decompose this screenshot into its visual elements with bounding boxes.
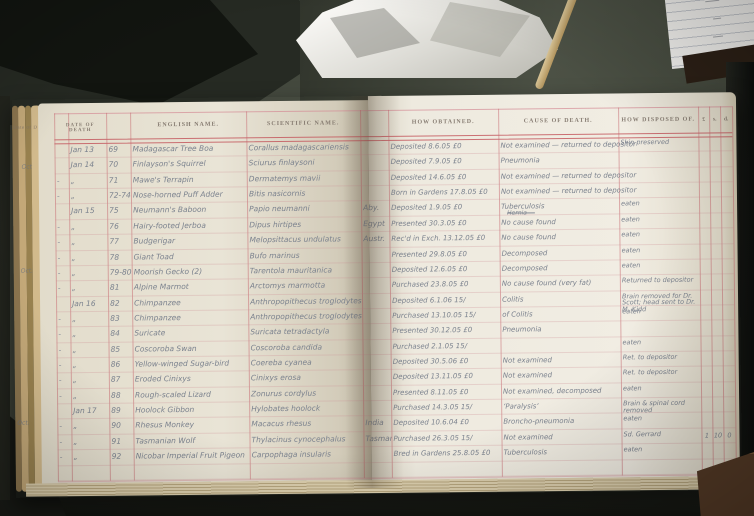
- ditto-mark: -: [56, 312, 70, 327]
- death-date: „: [70, 312, 108, 327]
- how-disposed-of: eaten: [619, 213, 699, 228]
- shillings-value: [711, 275, 722, 289]
- cause-of-death: Not examined: [501, 429, 621, 445]
- underlying-page-header-fragment: Date of D: [13, 126, 39, 131]
- english-name: Tasmanian Wolf: [133, 433, 249, 449]
- column-header-pounds: £: [698, 117, 709, 123]
- specimen-number: 92: [110, 450, 134, 465]
- how-disposed-of: [620, 321, 700, 336]
- pence-value: [721, 182, 733, 196]
- pounds-value: [699, 229, 710, 243]
- death-date: [72, 465, 110, 480]
- how-disposed-of: [619, 152, 699, 167]
- english-name: Alpine Marmot: [132, 280, 248, 296]
- specimen-number: 72-74: [107, 189, 131, 204]
- english-name: Nicobar Imperial Fruit Pigeon: [134, 449, 250, 465]
- ditto-mark: -: [57, 374, 71, 389]
- ditto-mark: [54, 143, 68, 158]
- cause-text: No cause found (very fat): [502, 279, 592, 288]
- how-disposed-of: eaten: [621, 413, 701, 428]
- english-name: Budgerigar: [131, 234, 247, 250]
- column-header-date-of-death: DATE OF DEATH: [54, 123, 106, 134]
- specimen-number: 75: [107, 204, 131, 219]
- shillings-value: 10: [712, 428, 723, 442]
- ditto-mark: [55, 159, 69, 174]
- margin-note-oct: Oct.: [21, 268, 33, 275]
- pounds-value: [702, 444, 713, 458]
- pence-value: [724, 443, 736, 457]
- how-obtained: Bred in Gardens 25.8.05 £0: [392, 446, 502, 462]
- death-date: „: [69, 220, 107, 235]
- specimen-number: 82: [108, 296, 132, 311]
- cause-text: Not examined: [503, 372, 552, 381]
- shadow-left-edge: [0, 96, 10, 500]
- pencil-mark: [713, 18, 721, 20]
- death-date: „: [71, 435, 109, 450]
- right-page-rows: Deposited 8.6.05 £0 Not examined — retur…: [388, 136, 736, 477]
- death-date: Jan 16: [70, 296, 108, 311]
- pence-value: [722, 305, 734, 319]
- english-name: Neumann's Baboon: [131, 203, 247, 219]
- shillings-value: [709, 136, 720, 150]
- cause-text: Decomposed: [502, 264, 548, 272]
- death-date: „: [71, 373, 109, 388]
- english-name: Suricate: [132, 326, 248, 342]
- how-obtained: Deposited 8.6.05 £0: [388, 139, 498, 155]
- specimen-number: 90: [109, 419, 133, 434]
- how-disposed-of: Returned to depositor: [620, 275, 700, 290]
- ledger-book: DATE OF DEATH ENGLISH NAME. SCIENTIFIC N…: [12, 92, 742, 498]
- column-header-cause-of-death: CAUSE OF DEATH.: [498, 117, 618, 124]
- specimen-number: 70: [107, 158, 131, 173]
- how-disposed-of: eaten: [619, 198, 699, 213]
- cause-of-death: Pneumonia: [499, 153, 619, 169]
- how-obtained: Purchased 23.8.05 £0: [390, 277, 500, 293]
- ditto-mark: -: [55, 174, 69, 189]
- how-obtained: Presented 30.12.05 £0: [390, 323, 500, 339]
- english-name: Eroded Cinixys: [133, 372, 249, 388]
- cause-of-death: ‘Paralysis’: [501, 399, 621, 415]
- pence-value: [722, 336, 734, 350]
- how-disposed-of: Brain & spinal cord removed: [621, 398, 701, 413]
- how-obtained: Deposited 7.9.05 £0: [389, 154, 499, 170]
- pence-value: [721, 167, 733, 181]
- specimen-number: 84: [108, 327, 132, 342]
- pence-value: [723, 367, 735, 381]
- pounds-value: [700, 305, 711, 319]
- ditto-mark: -: [55, 235, 69, 250]
- pence-value: [723, 397, 735, 411]
- specimen-number: [110, 465, 134, 480]
- shillings-value: [711, 336, 722, 350]
- ditto-mark: [58, 466, 72, 481]
- shillings-value: [711, 321, 722, 335]
- cause-of-death: Not examined: [501, 368, 621, 384]
- how-disposed-of: eaten: [619, 229, 699, 244]
- cause-of-death: Tuberculosis: [502, 445, 622, 461]
- column-header-english-name: ENGLISH NAME.: [130, 121, 246, 128]
- cause-text: Not examined, decomposed: [503, 386, 602, 395]
- column-header-shillings: s.: [709, 116, 720, 122]
- ditto-mark: -: [56, 328, 70, 343]
- ditto-mark: -: [55, 220, 69, 235]
- specimen-number: 79-80: [108, 265, 132, 280]
- ditto-mark: -: [55, 189, 69, 204]
- cause-of-death: Pneumonia: [500, 322, 620, 338]
- how-obtained: Deposited 13.11.05 £0: [391, 369, 501, 385]
- pence-value: [721, 244, 733, 258]
- death-date: Jan 13: [68, 143, 106, 158]
- specimen-number: 78: [108, 250, 132, 265]
- pounds-value: [700, 290, 711, 304]
- english-name: Chimpanzee: [132, 295, 248, 311]
- shillings-value: [711, 290, 722, 304]
- how-obtained: Purchased 26.3.05 15/: [391, 431, 501, 447]
- crumpled-paper: [296, 0, 558, 78]
- how-obtained: Presented 30.3.05 £0: [389, 216, 499, 232]
- specimen-number: 76: [107, 219, 131, 234]
- ditto-mark: [56, 297, 70, 312]
- specimen-number: 71: [107, 173, 131, 188]
- pence-value: [723, 413, 735, 427]
- cause-text: Tuberculosis: [504, 448, 547, 456]
- ditto-mark: -: [57, 358, 71, 373]
- how-obtained: Born in Gardens 17.8.05 £0: [389, 185, 499, 201]
- how-disposed-of: eaten: [620, 306, 700, 321]
- how-disposed-of: Ret. to depositor: [621, 352, 701, 367]
- ditto-mark: [55, 205, 69, 220]
- death-date: „: [71, 419, 109, 434]
- how-obtained: Presented 29.8.05 £0: [390, 246, 500, 262]
- cause-of-death: [502, 460, 622, 476]
- shillings-value: [710, 213, 721, 227]
- cause-of-death: No cause found: [499, 230, 619, 246]
- specimen-number: 87: [109, 373, 133, 388]
- specimen-number: 91: [109, 434, 133, 449]
- specimen-number: 85: [108, 342, 132, 357]
- shillings-value: [710, 244, 721, 258]
- left-page-rows: Jan 13 69 Madagascar Tree Boa Corallus m…: [54, 140, 392, 481]
- how-disposed-of: Sd. Gerrard: [621, 428, 701, 443]
- specimen-number: 86: [109, 358, 133, 373]
- shillings-value: [710, 152, 721, 166]
- specimen-number: 88: [109, 388, 133, 403]
- how-obtained: Deposited 10.6.04 £0: [391, 415, 501, 431]
- death-date: „: [69, 235, 107, 250]
- specimen-number: 69: [106, 143, 130, 158]
- pence-value: [722, 290, 734, 304]
- death-date: „: [70, 342, 108, 357]
- cause-of-death: No cause found: [499, 214, 619, 230]
- pounds-value: [700, 259, 711, 273]
- pence-value: [722, 321, 734, 335]
- english-name: Madagascar Tree Boa: [130, 141, 246, 157]
- how-disposed-of: eaten: [620, 259, 700, 274]
- shillings-value: [712, 397, 723, 411]
- how-obtained: Presented 8.11.05 £0: [391, 384, 501, 400]
- how-obtained: Deposited 14.6.05 £0: [389, 169, 499, 185]
- cause-text: Broncho-pneumonia: [503, 417, 574, 426]
- photo-scene: DATE OF DEATH ENGLISH NAME. SCIENTIFIC N…: [0, 0, 754, 516]
- how-disposed-of: [622, 459, 702, 474]
- ditto-mark: -: [56, 343, 70, 358]
- margin-note-oct: Oct.: [17, 420, 29, 427]
- death-date: „: [70, 281, 108, 296]
- english-name: Rough-scaled Lizard: [133, 387, 249, 403]
- cause-of-death: TuberculosisHernia —: [499, 199, 619, 215]
- ditto-mark: -: [56, 251, 70, 266]
- cause-text: Decomposed: [502, 249, 548, 257]
- pence-value: [721, 228, 733, 242]
- pence-value: 0: [723, 428, 735, 442]
- shillings-value: [710, 167, 721, 181]
- death-date: „: [71, 358, 109, 373]
- english-name: Coscoroba Swan: [132, 341, 248, 357]
- cause-text: Not examined — returned to depositor: [500, 140, 636, 149]
- cause-text: Not examined: [503, 356, 552, 365]
- cause-of-death: Colitis: [500, 291, 620, 307]
- cause-text: ‘Paralysis’: [503, 402, 539, 410]
- pounds-value: 1: [701, 428, 712, 442]
- english-name: Rhesus Monkey: [133, 418, 249, 434]
- pence-value: [722, 274, 734, 288]
- pounds-value: [701, 352, 712, 366]
- ditto-mark: -: [56, 266, 70, 281]
- cause-of-death: No cause found (very fat): [500, 276, 620, 292]
- pence-value: [721, 198, 733, 212]
- column-header-pence: d.: [720, 116, 732, 122]
- cause-of-death: Not examined — returned to depositor: [499, 168, 619, 184]
- cause-text: Not examined — returned to depositor: [501, 171, 637, 180]
- pence-value: [721, 213, 733, 227]
- english-name: Hairy-footed Jerboa: [131, 218, 247, 234]
- how-disposed-of: Ret. to depositor: [621, 367, 701, 382]
- how-disposed-of: eaten: [620, 336, 700, 351]
- ditto-mark: -: [57, 389, 71, 404]
- pencil-mark: [705, 0, 719, 2]
- cause-of-death: Decomposed: [499, 245, 619, 261]
- cause-text: Pneumonia: [502, 326, 541, 334]
- pounds-value: [701, 398, 712, 412]
- cause-text: Pneumonia: [501, 157, 540, 165]
- death-date: „: [70, 327, 108, 342]
- ditto-mark: -: [56, 281, 70, 296]
- shillings-value: [711, 259, 722, 273]
- shillings-value: [710, 229, 721, 243]
- how-obtained: Purchased 2.1.05 15/: [390, 338, 500, 354]
- cause-of-death: Not examined: [501, 352, 621, 368]
- english-name: Yellow-winged Sugar-bird: [133, 356, 249, 372]
- shillings-value: [711, 305, 722, 319]
- specimen-number: 89: [109, 404, 133, 419]
- english-name: Chimpanzee: [132, 310, 248, 326]
- ditto-mark: -: [57, 435, 71, 450]
- specimen-number: 81: [108, 281, 132, 296]
- cause-text: No cause found: [501, 233, 556, 242]
- shillings-value: [713, 444, 724, 458]
- pounds-value: [699, 152, 710, 166]
- death-date: Jan 17: [71, 404, 109, 419]
- pounds-value: [701, 367, 712, 381]
- english-name: Nose-horned Puff Adder: [131, 187, 247, 203]
- pence-value: [723, 382, 735, 396]
- pounds-value: [698, 137, 709, 151]
- death-date: „: [69, 174, 107, 189]
- pounds-value: [699, 198, 710, 212]
- pence-value: [721, 152, 733, 166]
- how-obtained: Rec'd in Exch. 13.12.05 £0: [389, 231, 499, 247]
- death-date: „: [71, 389, 109, 404]
- shillings-value: [710, 182, 721, 196]
- death-date: Jan 14: [69, 158, 107, 173]
- cause-text: No cause found: [501, 218, 556, 227]
- death-date: „: [72, 450, 110, 465]
- specimen-number: 83: [108, 312, 132, 327]
- how-obtained: Deposited 30.5.06 £0: [391, 354, 501, 370]
- english-name: [134, 464, 250, 480]
- how-obtained: Purchased 13.10.05 15/: [390, 308, 500, 324]
- pence-value: [723, 351, 735, 365]
- pence-value: [720, 136, 732, 150]
- book-gutter: [342, 96, 404, 489]
- shillings-value: [712, 367, 723, 381]
- cause-text: Not examined — returned to depositor: [501, 186, 637, 195]
- cause-of-death: Decomposed: [500, 260, 620, 276]
- pounds-value: [699, 167, 710, 181]
- pounds-value: [700, 321, 711, 335]
- shillings-value: [712, 413, 723, 427]
- death-date: „: [69, 189, 107, 204]
- cause-of-death: [500, 337, 620, 353]
- cause-text: Colitis: [502, 295, 523, 303]
- how-disposed-of: Brain removed for Dr. Scott; head sent t…: [620, 290, 700, 305]
- cause-of-death: Broncho-pneumonia: [501, 414, 621, 430]
- pounds-value: [700, 336, 711, 350]
- cause-of-death: of Colitis: [500, 306, 620, 322]
- cause-text: of Colitis: [502, 310, 532, 318]
- english-name: Finlayson's Squirrel: [131, 157, 247, 173]
- shillings-value: [712, 382, 723, 396]
- pounds-value: [701, 382, 712, 396]
- how-disposed-of: eaten: [622, 444, 702, 459]
- pounds-value: [699, 183, 710, 197]
- cause-text: Not examined: [503, 433, 552, 442]
- pencil-mark: [713, 36, 723, 38]
- pounds-value: [699, 213, 710, 227]
- death-date: „: [70, 250, 108, 265]
- ditto-mark: -: [57, 420, 71, 435]
- death-date: Jan 15: [69, 204, 107, 219]
- english-name: Moorish Gecko (2): [132, 264, 248, 280]
- english-name: Mawe's Terrapin: [131, 172, 247, 188]
- english-name: Hoolock Gibbon: [133, 402, 249, 418]
- how-obtained: Deposited 12.6.05 £0: [390, 262, 500, 278]
- pounds-value: [699, 244, 710, 258]
- how-obtained: Purchased 14.3.05 15/: [391, 400, 501, 416]
- pounds-value: [700, 275, 711, 289]
- how-disposed-of: eaten: [619, 244, 699, 259]
- how-obtained: Deposited 1.9.05 £0: [389, 200, 499, 216]
- pounds-value: [701, 413, 712, 427]
- ditto-mark: -: [58, 450, 72, 465]
- margin-note-oct: Oct: [22, 164, 32, 171]
- english-name: Giant Toad: [132, 249, 248, 265]
- shillings-value: [710, 198, 721, 212]
- specimen-number: 77: [107, 235, 131, 250]
- column-header-how-obtained: HOW OBTAINED.: [388, 119, 498, 126]
- column-header-how-disposed-of: HOW DISPOSED OF.: [618, 117, 698, 124]
- pence-value: [722, 259, 734, 273]
- ditto-mark: [57, 404, 71, 419]
- cause-of-death: Not examined — returned to depositor: [499, 184, 619, 200]
- shillings-value: [712, 351, 723, 365]
- how-obtained: Deposited 6.1.06 15/: [390, 292, 500, 308]
- how-disposed-of: eaten: [621, 382, 701, 397]
- cause-of-death: Not examined — returned to depositor: [498, 137, 618, 153]
- cause-of-death: Not examined, decomposed: [501, 383, 621, 399]
- how-obtained: [392, 461, 502, 477]
- death-date: „: [70, 266, 108, 281]
